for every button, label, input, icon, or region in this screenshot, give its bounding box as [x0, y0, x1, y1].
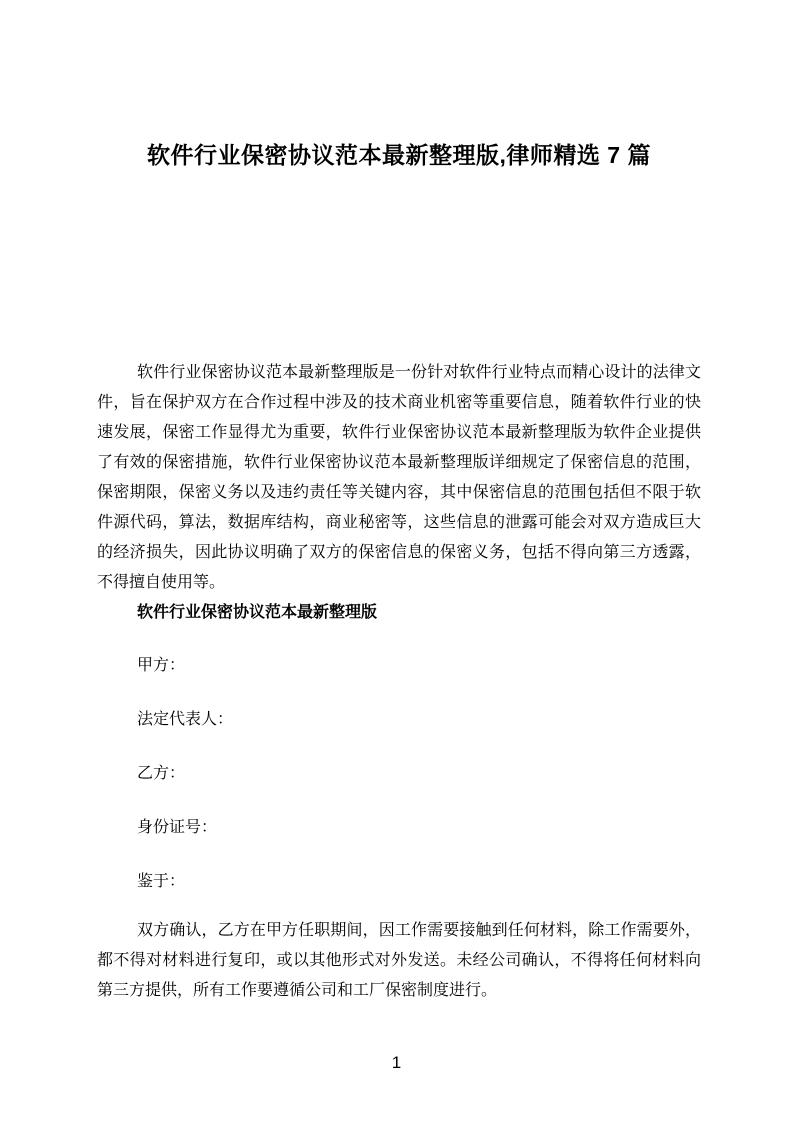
document-page: 软件行业保密协议范本最新整理版,律师精选 7 篇 软件行业保密协议范本最新整理版… — [0, 0, 793, 1122]
closing-paragraph: 双方确认，乙方在甲方任职期间，因工作需要接触到任何材料，除工作需要外，都不得对材… — [97, 916, 701, 1006]
field-whereas: 鉴于： — [97, 867, 701, 897]
field-legal-representative: 法定代表人： — [97, 705, 701, 735]
document-content: 软件行业保密协议范本最新整理版,律师精选 7 篇 软件行业保密协议范本最新整理版… — [0, 0, 793, 1006]
field-party-b: 乙方： — [97, 759, 701, 789]
page-number: 1 — [0, 1048, 793, 1078]
section-heading: 软件行业保密协议范本最新整理版 — [97, 598, 701, 628]
field-id-number: 身份证号： — [97, 813, 701, 843]
document-title: 软件行业保密协议范本最新整理版,律师精选 7 篇 — [97, 0, 701, 170]
field-party-a: 甲方： — [97, 651, 701, 681]
intro-paragraph: 软件行业保密协议范本最新整理版是一份针对软件行业特点而精心设计的法律文件，旨在保… — [97, 358, 701, 598]
